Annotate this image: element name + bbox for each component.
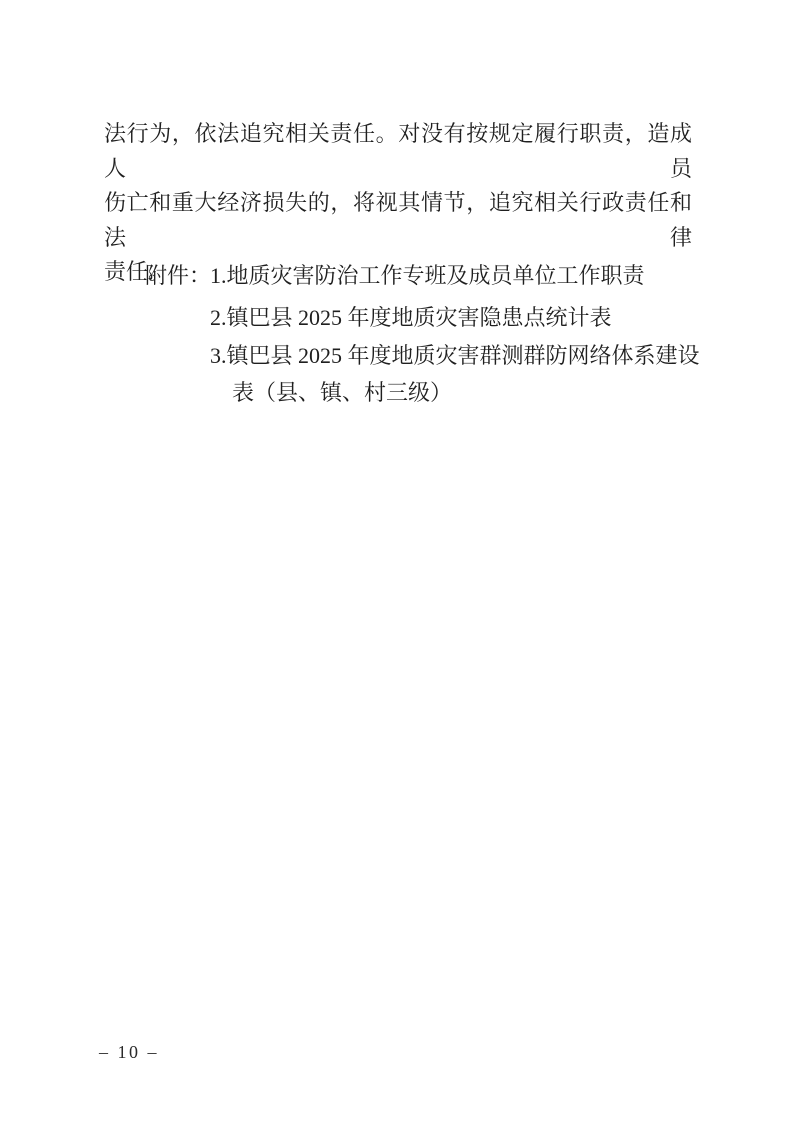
document-page: 法行为，依法追究相关责任。对没有按规定履行职责，造成人员 伤亡和重大经济损失的，… <box>0 0 793 1122</box>
attachment-label: 附件： <box>145 263 211 289</box>
attachment-item-3-line-1: 3.镇巴县 2025 年度地质灾害群测群防网络体系建设 <box>210 343 700 369</box>
page-number: – 10 – <box>99 1042 159 1062</box>
attachment-item-2: 2.镇巴县 2025 年度地质灾害隐患点统计表 <box>210 305 612 331</box>
paragraph-line-1: 法行为，依法追究相关责任。对没有按规定履行职责，造成人员 <box>104 117 692 186</box>
attachment-item-3-line-2: 表（县、镇、村三级） <box>232 380 452 406</box>
attachment-item-1: 1.地质灾害防治工作专班及成员单位工作职责 <box>210 263 645 289</box>
paragraph-line-2: 伤亡和重大经济损失的，将视其情节，追究相关行政责任和法律 <box>104 186 692 255</box>
